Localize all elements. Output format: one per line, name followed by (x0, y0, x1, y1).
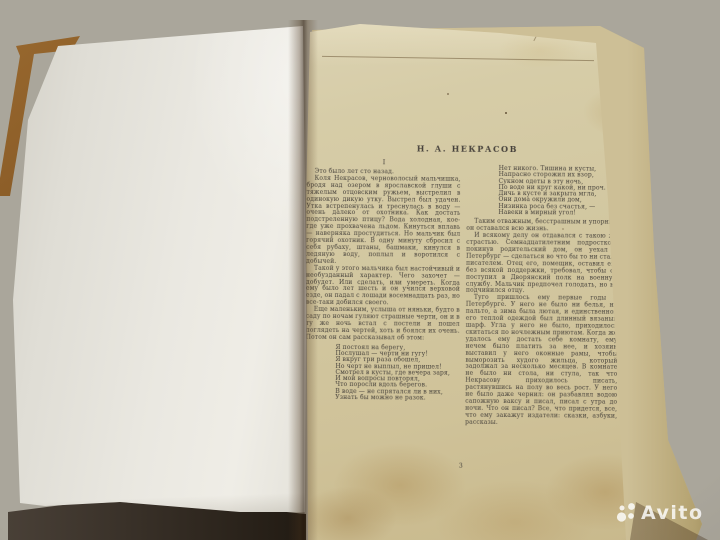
left-text-column: Это было лет сто назад. Коля Некрасов, ч… (305, 169, 460, 402)
verse-block: Нет никого. Тишина и кусты, Напрасно сто… (498, 166, 618, 217)
verse-block: Я постоял на берегу, Послушал — черти ни… (335, 345, 459, 402)
paragraph: Туго пришлось ему первые годы в Петербур… (465, 295, 618, 427)
paragraph: И всякому делу он отдавался с такою же с… (466, 233, 618, 296)
paragraph: Коля Некрасов, черноволосый мальчишка, б… (306, 176, 461, 267)
avito-logo-icon (608, 501, 638, 525)
paragraph: Еще маленьким, услыша от няньки, будто в… (306, 307, 460, 342)
left-blank-page (0, 20, 310, 540)
chapter-numeral: I (383, 158, 386, 166)
paragraph: Такой у этого мальчика был настойчивый и… (306, 265, 460, 307)
right-page-block: Н. А. НЕКРАСОВ I Это было лет сто назад.… (300, 20, 720, 540)
author-heading: Н. А. НЕКРАСОВ (417, 143, 518, 154)
book-photo: Н. А. НЕКРАСОВ I Это было лет сто назад.… (0, 0, 720, 540)
fox-spots (300, 20, 302, 22)
avito-watermark: Avito (608, 501, 704, 525)
page-number: 3 (459, 463, 463, 470)
avito-label: Avito (641, 504, 704, 523)
right-text-column: Нет никого. Тишина и кусты, Напрасно сто… (465, 166, 619, 427)
